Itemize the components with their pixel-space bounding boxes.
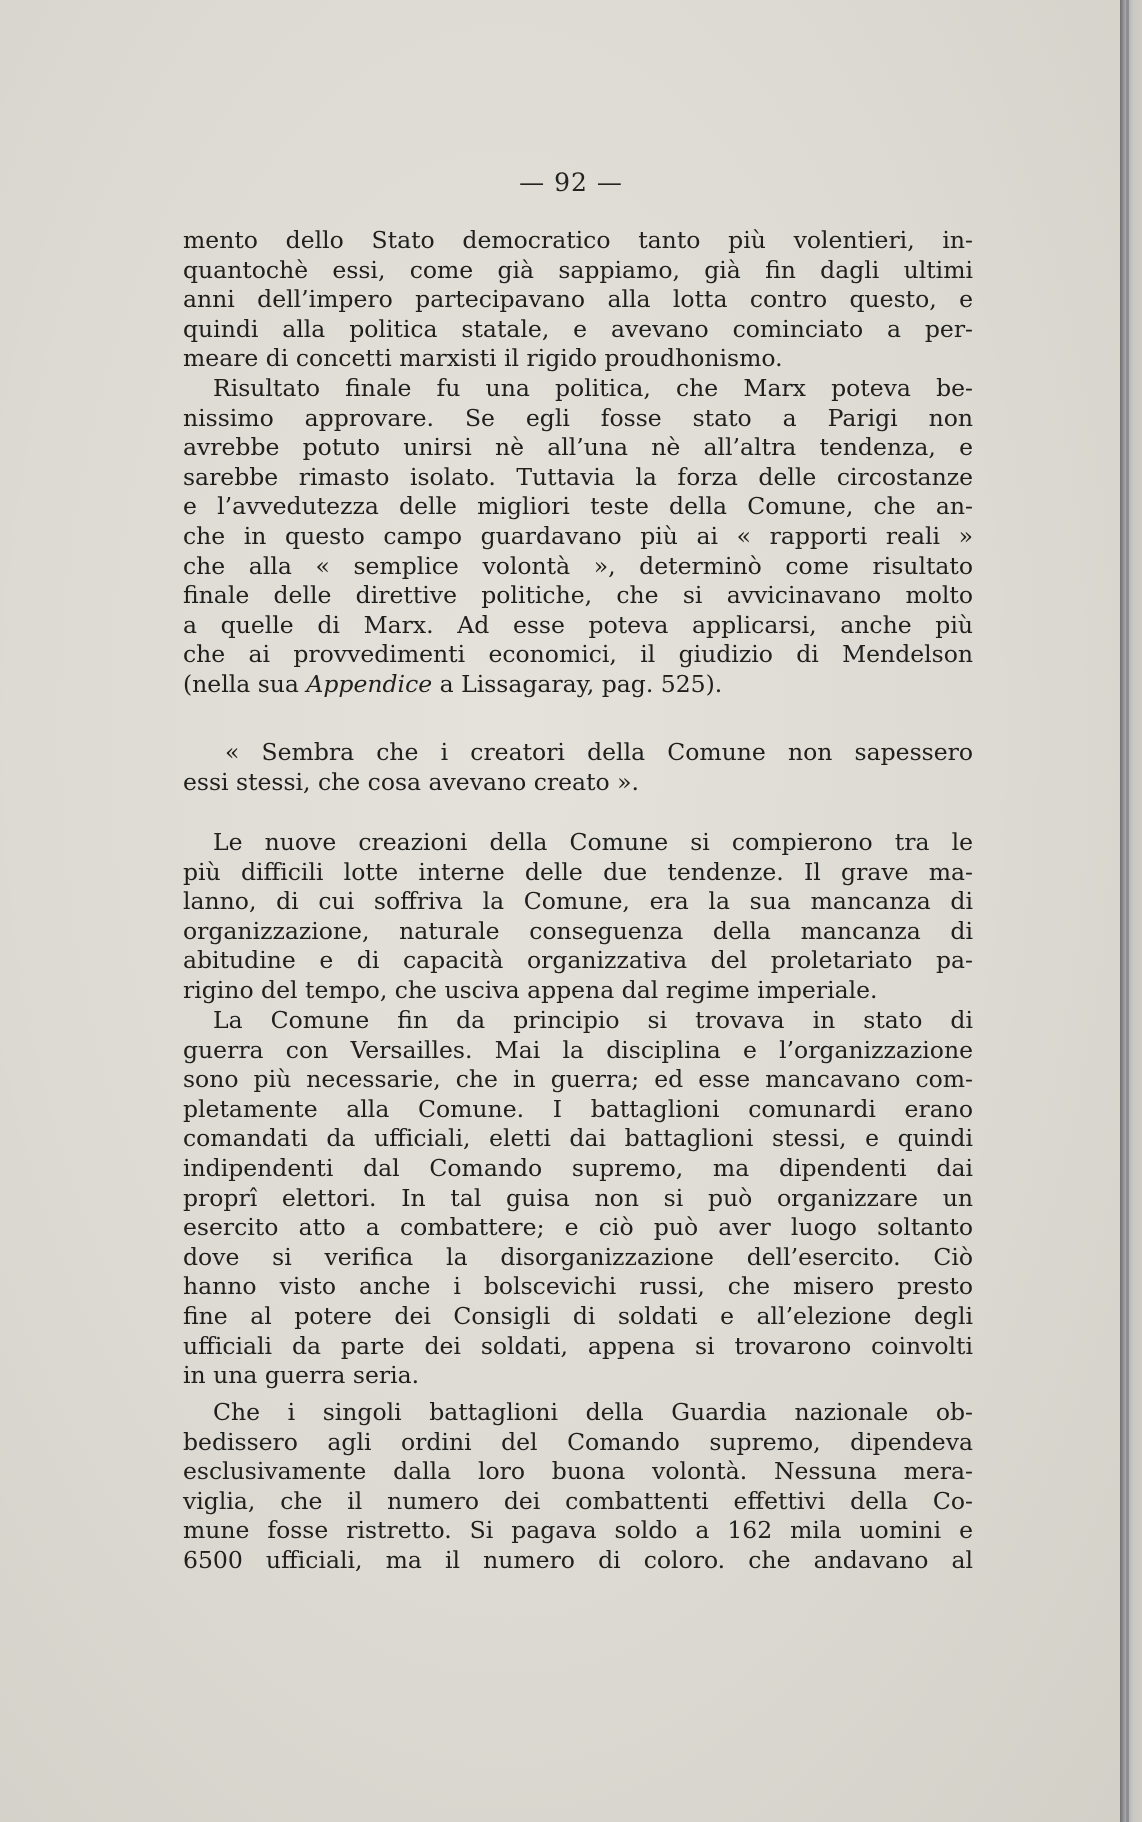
text-line: avrebbe potuto unirsi nè all’una nè all’…	[183, 433, 973, 463]
text-line: sono più necessarie, che in guerra; ed e…	[183, 1065, 973, 1095]
paragraph-stato-di-guerra: La Comune fin da principio si trovava in…	[183, 1006, 973, 1391]
page-edge-shadow	[1120, 0, 1142, 1822]
block-quotation: « Sembra che i creatori della Comune non…	[183, 738, 973, 797]
text-line: a quelle di Marx. Ad esse poteva applica…	[183, 611, 973, 641]
text-line: guerra con Versailles. Mai la disciplina…	[183, 1036, 973, 1066]
text-line: indipendenti dal Comando supremo, ma dip…	[183, 1154, 973, 1184]
page-number: — 92 —	[0, 168, 1142, 197]
text-line: comandati da ufficiali, eletti dai batta…	[183, 1124, 973, 1154]
text-line: che alla « semplice volontà », determinò…	[183, 552, 973, 582]
text-line: in una guerra seria.	[183, 1361, 973, 1391]
text-line: viglia, che il numero dei combattenti ef…	[183, 1487, 973, 1517]
text-line: dove si verifica la disorganizzazione de…	[183, 1243, 973, 1273]
text-line: organizzazione, naturale conseguenza del…	[183, 917, 973, 947]
paragraph-continuation: mento dello Stato democratico tanto più …	[183, 226, 973, 374]
text-line-citation: (nella sua Appendice a Lissagaray, pag. …	[183, 670, 973, 700]
paragraph-guardia-nazionale: Che i singoli battaglioni della Guardia …	[183, 1398, 973, 1576]
citation-text: a Lissagaray, pag. 525).	[432, 670, 722, 698]
text-line: anni dell’impero partecipavano alla lott…	[183, 285, 973, 315]
text-line: esclusivamente dalla loro buona volontà.…	[183, 1457, 973, 1487]
text-line: 6500 ufficiali, ma il numero di coloro. …	[183, 1546, 973, 1576]
text-line: che in questo campo guardavano più ai « …	[183, 522, 973, 552]
text-line: « Sembra che i creatori della Comune non…	[183, 738, 973, 768]
text-line: più difficili lotte interne delle due te…	[183, 858, 973, 888]
text-line: lanno, di cui soffriva la Comune, era la…	[183, 887, 973, 917]
page-edge-line	[1126, 0, 1129, 1822]
text-line: mune fosse ristretto. Si pagava soldo a …	[183, 1516, 973, 1546]
text-line: essi stessi, che cosa avevano creato ».	[183, 768, 973, 798]
text-line: esercito atto a combattere; e ciò può av…	[183, 1213, 973, 1243]
text-line: bedissero agli ordini del Comando suprem…	[183, 1428, 973, 1458]
text-line: rigino del tempo, che usciva appena dal …	[183, 976, 973, 1006]
text-line: quindi alla politica statale, e avevano …	[183, 315, 973, 345]
text-line: mento dello Stato democratico tanto più …	[183, 226, 973, 256]
citation-text: (nella sua	[183, 670, 306, 698]
paragraph-nuove-creazioni: Le nuove creazioni della Comune si compi…	[183, 828, 973, 1006]
text-line: e l’avvedutezza delle migliori teste del…	[183, 492, 973, 522]
text-line: hanno visto anche i bolscevichi russi, c…	[183, 1272, 973, 1302]
text-line: La Comune fin da principio si trovava in…	[183, 1006, 973, 1036]
text-line: proprî elettori. In tal guisa non si può…	[183, 1184, 973, 1214]
text-line: Che i singoli battaglioni della Guardia …	[183, 1398, 973, 1428]
text-line: ufficiali da parte dei soldati, appena s…	[183, 1332, 973, 1362]
text-line: abitudine e di capacità organizzativa de…	[183, 946, 973, 976]
citation-italic-title: Appendice	[306, 670, 432, 698]
text-line: quantochè essi, come già sappiamo, già f…	[183, 256, 973, 286]
text-line: nissimo approvare. Se egli fosse stato a…	[183, 404, 973, 434]
text-line: sarebbe rimasto isolato. Tuttavia la for…	[183, 463, 973, 493]
text-line: fine al potere dei Consigli di soldati e…	[183, 1302, 973, 1332]
text-line: Le nuove creazioni della Comune si compi…	[183, 828, 973, 858]
text-line: meare di concetti marxisti il rigido pro…	[183, 344, 973, 374]
text-line: finale delle direttive politiche, che si…	[183, 581, 973, 611]
text-line: pletamente alla Comune. I battaglioni co…	[183, 1095, 973, 1125]
text-line: che ai provvedimenti economici, il giudi…	[183, 640, 973, 670]
paragraph-risultato-finale: Risultato finale fu una politica, che Ma…	[183, 374, 973, 700]
text-line: Risultato finale fu una politica, che Ma…	[183, 374, 973, 404]
